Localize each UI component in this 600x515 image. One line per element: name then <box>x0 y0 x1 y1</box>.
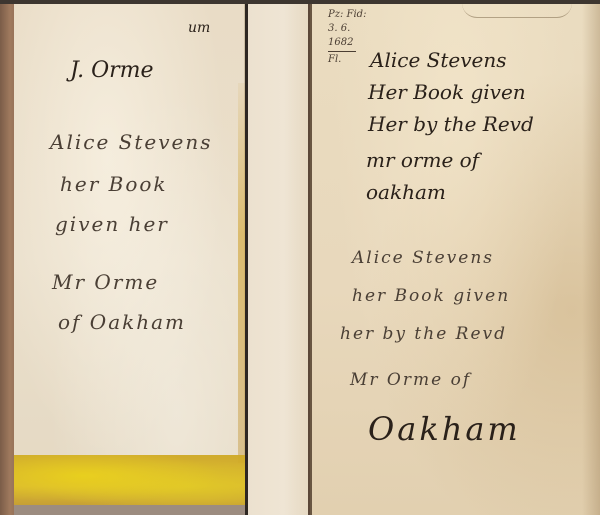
margin-note-line: 1682 <box>328 36 366 50</box>
primary-inscription-line: oakham <box>366 180 446 204</box>
margin-note: Pz: Fid: 3. 6. 1682 Fl. <box>328 8 366 67</box>
corner-mark: um <box>188 20 210 36</box>
yellow-tape-repair <box>14 455 246 507</box>
top-edge <box>0 0 600 4</box>
inscription-line: Mr Orme <box>52 270 159 294</box>
margin-note-line: 3. 6. <box>328 22 366 36</box>
book-endpapers-photo: um J. Orme Alice Stevens her Book given … <box>0 0 600 515</box>
margin-note-line: Pz: Fid: <box>328 8 366 22</box>
secondary-inscription-line: Alice Stevens <box>352 248 494 268</box>
primary-inscription-line: mr orme of <box>366 148 479 172</box>
secondary-inscription-line: Mr Orme of <box>350 370 471 390</box>
primary-inscription-line: Alice Stevens <box>370 48 506 72</box>
worn-page-edge <box>582 3 600 515</box>
inscription-line: her Book <box>60 172 168 196</box>
primary-inscription-line: Her by the Revd <box>368 112 534 136</box>
secondary-inscription-line: Oakham <box>368 410 521 448</box>
blank-stub-strip <box>248 3 308 515</box>
inscription-line: Alice Stevens <box>50 130 212 154</box>
secondary-inscription-line: her Book given <box>352 286 510 306</box>
secondary-inscription-line: her by the Revd <box>340 324 507 344</box>
margin-note-rule <box>328 51 356 52</box>
inscription-line: given her <box>55 212 169 236</box>
inscription-line: of Oakham <box>58 310 186 334</box>
primary-inscription-line: Her Book given <box>368 80 526 104</box>
margin-note-line: Fl. <box>328 53 366 67</box>
signature: J. Orme <box>70 58 154 83</box>
paper-fold <box>462 3 572 18</box>
bottom-edge <box>14 505 246 515</box>
